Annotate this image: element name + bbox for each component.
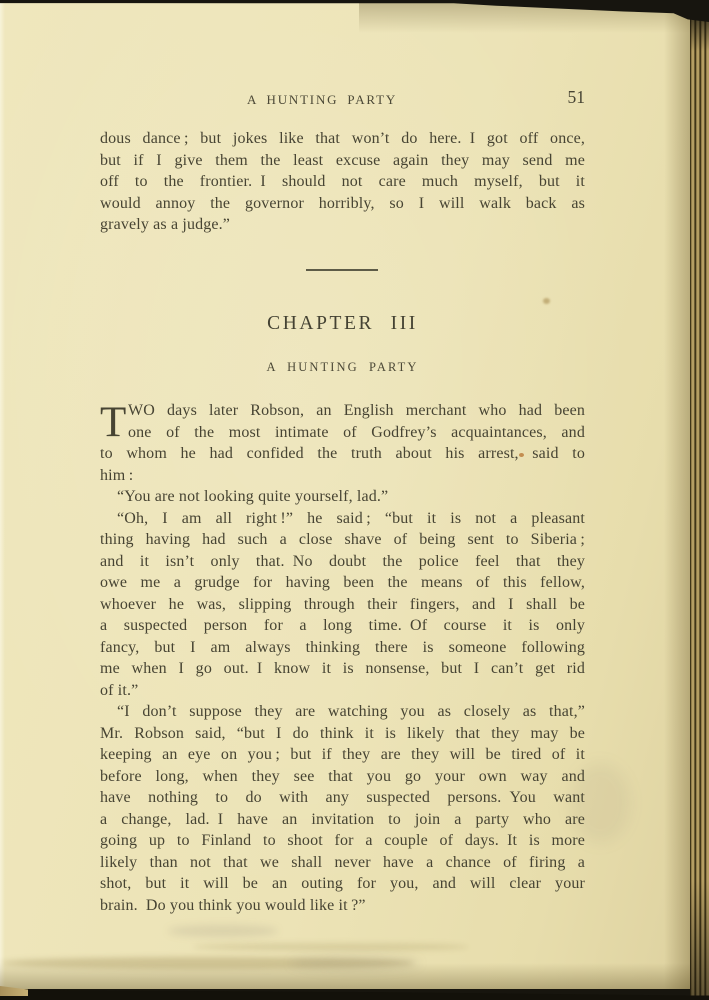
text-line: but if I give them the least excuse agai… bbox=[100, 150, 585, 172]
text-line: “You are not looking quite yourself, lad… bbox=[100, 486, 585, 508]
text-line: Mr. Robson said, “but I do think it is l… bbox=[100, 723, 585, 745]
text-line: to whom he had confided the truth about … bbox=[100, 443, 585, 465]
text-line: a suspected person for a long time. Of c… bbox=[100, 615, 585, 637]
text-line: dous dance ; but jokes like that won’t d… bbox=[100, 128, 585, 150]
chapter-body: TWO days later Robson, an English mercha… bbox=[100, 400, 585, 916]
text-line: a change, lad. I have an invitation to j… bbox=[100, 809, 585, 831]
text-line: keeping an eye on you ; but if they are … bbox=[100, 744, 585, 766]
text-line: before long, when they see that you go y… bbox=[100, 766, 585, 788]
page-number: 51 bbox=[470, 87, 585, 108]
stain-spot bbox=[543, 298, 550, 304]
text-line: going up to Finland to shoot for a coupl… bbox=[100, 830, 585, 852]
page-right-shade bbox=[664, 3, 690, 989]
page-edge-stack bbox=[690, 6, 709, 1000]
text-line: thing having had such a close shave of b… bbox=[100, 529, 585, 551]
text-line: have nothing to do with any suspected pe… bbox=[100, 787, 585, 809]
book-scan: A HUNTING PARTY 51 dous dance ; but joke… bbox=[0, 0, 709, 1000]
chapter-subtitle: A HUNTING PARTY bbox=[100, 360, 585, 375]
text-line: and it isn’t only that. No doubt the pol… bbox=[100, 551, 585, 573]
page-left-highlight bbox=[0, 3, 5, 989]
text-line: owe me a grudge for having been the mean… bbox=[100, 572, 585, 594]
text-line: off to the frontier. I should not care m… bbox=[100, 171, 585, 193]
section-divider bbox=[306, 269, 378, 271]
smudge-mark bbox=[290, 955, 420, 971]
text-line: shot, but it will be an outing for you, … bbox=[100, 873, 585, 895]
text-line: WO days later Robson, an English merchan… bbox=[100, 400, 585, 422]
text-line: likely than not that we shall never have… bbox=[100, 852, 585, 874]
scan-bottom-edge bbox=[0, 988, 709, 1000]
chapter-title: CHAPTER III bbox=[100, 313, 585, 335]
text-line: gravely as a judge.” bbox=[100, 214, 585, 236]
text-line: me when I go out. I know it is nonsense,… bbox=[100, 658, 585, 680]
drop-cap: T bbox=[100, 401, 126, 444]
text-line: one of the most intimate of Godfrey’s ac… bbox=[100, 422, 585, 444]
text-line: fancy, but I am always thinking there is… bbox=[100, 637, 585, 659]
text-line: him : bbox=[100, 465, 585, 487]
smudge-mark bbox=[168, 925, 278, 937]
paragraph: TWO days later Robson, an English mercha… bbox=[100, 400, 585, 486]
text-line: whoever he was, slipping through their f… bbox=[100, 594, 585, 616]
paragraph: “I don’t suppose they are watching you a… bbox=[100, 701, 585, 916]
continuation-paragraph: dous dance ; but jokes like that won’t d… bbox=[100, 128, 585, 236]
text-line: “Oh, I am all right !” he said ; “but it… bbox=[100, 508, 585, 530]
page-curl-shadow bbox=[193, 943, 469, 951]
text-line: brain. Do you think you would like it ?” bbox=[100, 895, 585, 917]
text-line: would annoy the governor horribly, so I … bbox=[100, 193, 585, 215]
text-line: “I don’t suppose they are watching you a… bbox=[100, 701, 585, 723]
paragraph: “Oh, I am all right !” he said ; “but it… bbox=[100, 508, 585, 702]
text-line: of it.” bbox=[100, 680, 585, 702]
page-edge-stack-shade bbox=[690, 6, 709, 1000]
paragraph: “You are not looking quite yourself, lad… bbox=[100, 486, 585, 508]
book-page: A HUNTING PARTY 51 dous dance ; but joke… bbox=[0, 3, 690, 989]
